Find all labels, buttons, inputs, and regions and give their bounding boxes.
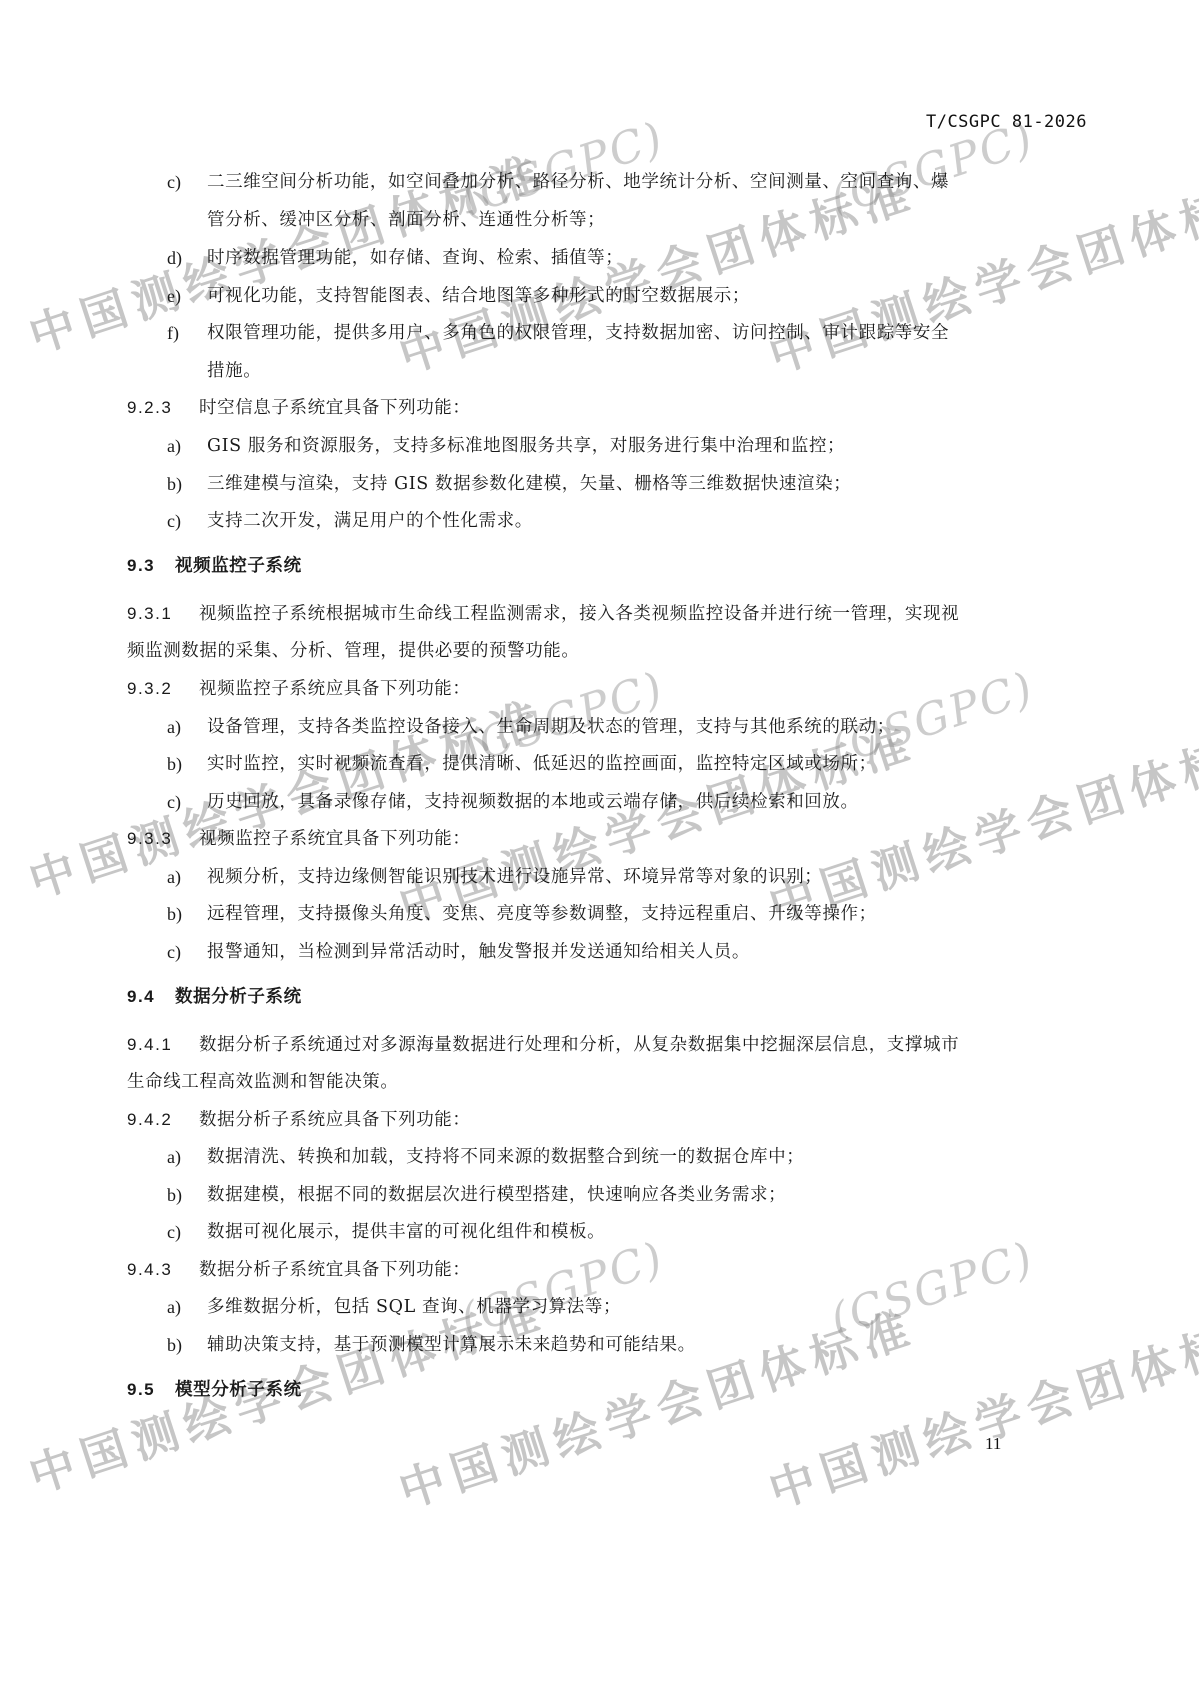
list-item-text: 报警通知，当检测到异常活动时，触发警报并发送通知给相关人员。: [207, 941, 750, 963]
list-marker: c): [167, 510, 181, 532]
list-marker: b): [167, 1334, 182, 1356]
list-marker: b): [167, 903, 182, 925]
list-marker: b): [167, 753, 182, 775]
list-item-text: 历史回放，具备录像存储，支持视频数据的本地或云端存储，供后续检索和回放。: [207, 791, 859, 813]
watermark-latin: (CSGPC): [824, 1232, 1040, 1346]
list-item-text: 远程管理，支持摄像头角度、变焦、亮度等参数调整，支持远程重启、升级等操作；: [207, 903, 877, 925]
list-marker: a): [167, 435, 181, 457]
clause-9-4-1: 9.4.1数据分析子系统通过对多源海量数据进行处理和分析，从复杂数据集中挖掘深层…: [127, 1034, 959, 1056]
clause-text: 视频监控子系统宜具备下列功能：: [199, 829, 471, 849]
list-marker: b): [167, 1184, 182, 1206]
clause-text: 数据分析子系统宜具备下列功能：: [199, 1260, 471, 1280]
section-number: 9.3: [127, 555, 175, 577]
list-marker: a): [167, 716, 181, 738]
list-item-text: 数据清洗、转换和加载，支持将不同来源的数据整合到统一的数据仓库中；: [207, 1146, 804, 1168]
clause-number: 9.3.1: [127, 603, 199, 625]
list-marker: a): [167, 1146, 181, 1168]
clause-text: 数据分析子系统通过对多源海量数据进行处理和分析，从复杂数据集中挖掘深层信息，支撑…: [199, 1035, 959, 1055]
document-page: 中国测绘学会团体标准 (CSGPC) 中国测绘学会团体标准 (CSGPC) 中国…: [0, 0, 1199, 1696]
clause-text: 视频监控子系统根据城市生命线工程监测需求，接入各类视频监控设备并进行统一管理，实…: [199, 604, 959, 624]
list-item-text: 设备管理，支持各类监控设备接入、生命周期及状态的管理，支持与其他系统的联动；: [207, 716, 895, 738]
list-marker: f): [167, 322, 179, 344]
section-number: 9.4: [127, 986, 175, 1008]
watermark: 中国测绘学会团体标准: [390, 706, 924, 936]
list-item-text: 权限管理功能，提供多用户、多角色的权限管理，支持数据加密、访问控制、审计跟踪等安…: [207, 322, 949, 344]
section-heading-9-4: 9.4数据分析子系统: [127, 986, 302, 1008]
list-marker: b): [167, 473, 182, 495]
list-marker: c): [167, 791, 181, 813]
list-item-text: 支持二次开发，满足用户的个性化需求。: [207, 510, 533, 532]
clause-text-cont: 生命线工程高效监测和智能决策。: [127, 1071, 399, 1093]
list-item-text: 视频分析，支持边缘侧智能识别技术进行设施异常、环境异常等对象的识别；: [207, 866, 822, 888]
clause-9-2-3: 9.2.3时空信息子系统宜具备下列功能：: [127, 397, 471, 419]
list-item-text: 可视化功能，支持智能图表、结合地图等多种形式的时空数据展示；: [207, 285, 750, 307]
section-number: 9.5: [127, 1379, 175, 1401]
list-marker: c): [167, 1221, 181, 1243]
list-item-text: GIS 服务和资源服务，支持多标准地图服务共享，对服务进行集中治理和监控；: [207, 435, 845, 457]
list-marker: a): [167, 1296, 181, 1318]
list-item-text: 数据可视化展示，提供丰富的可视化组件和模板。: [207, 1221, 605, 1243]
clause-text: 视频监控子系统应具备下列功能：: [199, 679, 471, 699]
list-marker: e): [167, 285, 181, 307]
section-title: 模型分析子系统: [175, 1380, 302, 1400]
clause-9-3-2: 9.3.2视频监控子系统应具备下列功能：: [127, 678, 471, 700]
section-heading-9-5: 9.5模型分析子系统: [127, 1379, 302, 1401]
list-item-text: 二三维空间分析功能，如空间叠加分析、路径分析、地学统计分析、空间测量、空间查询、…: [207, 171, 949, 193]
document-code: T/CSGPC 81-2026: [926, 112, 1087, 132]
list-marker: d): [167, 247, 182, 269]
list-item-text-cont: 措施。: [207, 360, 261, 382]
section-title: 数据分析子系统: [175, 987, 302, 1007]
clause-9-3-1: 9.3.1视频监控子系统根据城市生命线工程监测需求，接入各类视频监控设备并进行统…: [127, 603, 959, 625]
list-item-text: 三维建模与渲染，支持 GIS 数据参数化建模，矢量、栅格等三维数据快速渲染；: [207, 473, 851, 495]
clause-number: 9.2.3: [127, 397, 199, 419]
clause-number: 9.4.1: [127, 1034, 199, 1056]
clause-9-4-3: 9.4.3数据分析子系统宜具备下列功能：: [127, 1259, 471, 1281]
page-number: 11: [985, 1434, 1001, 1454]
section-title: 视频监控子系统: [175, 556, 302, 576]
list-marker: c): [167, 171, 181, 193]
clause-number: 9.3.3: [127, 828, 199, 850]
list-item-text: 时序数据管理功能，如存储、查询、检索、插值等；: [207, 247, 623, 269]
list-marker: a): [167, 866, 181, 888]
list-item-text: 辅助决策支持，基于预测模型计算展示未来趋势和可能结果。: [207, 1334, 696, 1356]
list-item-text: 数据建模，根据不同的数据层次进行模型搭建，快速响应各类业务需求；: [207, 1184, 786, 1206]
clause-text: 数据分析子系统应具备下列功能：: [199, 1110, 471, 1130]
section-heading-9-3: 9.3视频监控子系统: [127, 555, 302, 577]
clause-number: 9.4.2: [127, 1109, 199, 1131]
list-item-text-cont: 管分析、缓冲区分析、剖面分析、连通性分析等；: [207, 209, 605, 231]
list-item-text: 多维数据分析，包括 SQL 查询、机器学习算法等；: [207, 1296, 621, 1318]
clause-text-cont: 频监测数据的采集、分析、管理，提供必要的预警功能。: [127, 640, 580, 662]
clause-number: 9.3.2: [127, 678, 199, 700]
clause-text: 时空信息子系统宜具备下列功能：: [199, 398, 471, 418]
watermark: 中国测绘学会团体标准: [390, 1291, 924, 1521]
watermark: 中国测绘学会团体标准: [760, 1291, 1199, 1521]
watermark: 中国测绘学会团体标准: [760, 706, 1199, 936]
list-item-text: 实时监控，实时视频流查看，提供清晰、低延迟的监控画面，监控特定区域或场所；: [207, 753, 877, 775]
clause-9-3-3: 9.3.3视频监控子系统宜具备下列功能：: [127, 828, 471, 850]
list-marker: c): [167, 941, 181, 963]
watermark-latin: (CSGPC): [454, 1232, 670, 1346]
clause-9-4-2: 9.4.2数据分析子系统应具备下列功能：: [127, 1109, 471, 1131]
clause-number: 9.4.3: [127, 1259, 199, 1281]
